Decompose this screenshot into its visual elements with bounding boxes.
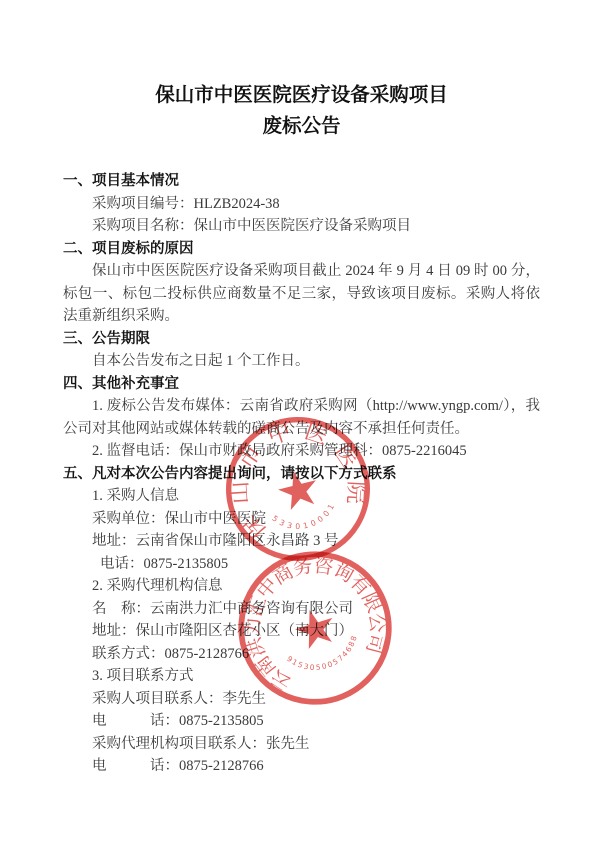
section-3-heading: 三、公告期限 xyxy=(63,328,540,351)
doc-title-line1: 保山市中医医院医疗设备采购项目 xyxy=(63,80,540,111)
section-5-heading: 五、凡对本次公告内容提出询问，请按以下方式联系 xyxy=(63,463,540,486)
doc-title-line2: 废标公告 xyxy=(63,111,540,142)
project-number-line: 采购项目编号：HLZB2024-38 xyxy=(63,193,540,216)
cancellation-reason-paragraph: 保山市中医医院医疗设备采购项目截止 2024 年 9 月 4 日 09 时 00… xyxy=(63,260,540,328)
section-4-heading: 四、其他补充事宜 xyxy=(63,373,540,396)
section-1-heading: 一、项目基本情况 xyxy=(63,170,540,193)
notice-body: 保山市中医医院医疗设备采购项目 废标公告 一、项目基本情况 采购项目编号：HLZ… xyxy=(63,80,540,778)
project-contact-label: 3. 项目联系方式 xyxy=(63,665,540,688)
notice-period-line: 自本公告发布之日起 1 个工作日。 xyxy=(63,350,540,373)
agency-name-line: 名 称：云南洪力汇中商务咨询有限公司 xyxy=(63,598,540,621)
agency-address-line: 地址：保山市隆阳区杏花小区（南大门） xyxy=(63,620,540,643)
buyer-phone-line: 电话：0875-2135805 xyxy=(63,553,540,576)
section-2-heading: 二、项目废标的原因 xyxy=(63,238,540,261)
buyer-info-label: 1. 采购人信息 xyxy=(63,485,540,508)
supervision-phone-line: 2. 监督电话：保山市财政局政府采购管理科：0875-2216045 xyxy=(63,440,540,463)
doc-title: 保山市中医医院医疗设备采购项目 废标公告 xyxy=(63,80,540,142)
agency-phone-line: 联系方式：0875-2128766 xyxy=(63,643,540,666)
agency-contact-phone-line: 电 话：0875-2128766 xyxy=(63,755,540,778)
buyer-address-line: 地址：云南省保山市隆阳区永昌路 3 号 xyxy=(63,530,540,553)
agency-contact-line: 采购代理机构项目联系人：张先生 xyxy=(63,733,540,756)
publish-media-paragraph: 1. 废标公告发布媒体：云南省政府采购网（http://www.yngp.com… xyxy=(63,395,540,440)
buyer-contact-line: 采购人项目联系人：李先生 xyxy=(63,688,540,711)
buyer-contact-phone-line: 电 话：0875-2135805 xyxy=(63,710,540,733)
agency-info-label: 2. 采购代理机构信息 xyxy=(63,575,540,598)
project-name-line: 采购项目名称：保山市中医医院医疗设备采购项目 xyxy=(63,215,540,238)
document-page: 保山市中医医院医疗设备采购项目 废标公告 一、项目基本情况 采购项目编号：HLZ… xyxy=(0,0,600,849)
buyer-unit-line: 采购单位：保山市中医医院 xyxy=(63,508,540,531)
